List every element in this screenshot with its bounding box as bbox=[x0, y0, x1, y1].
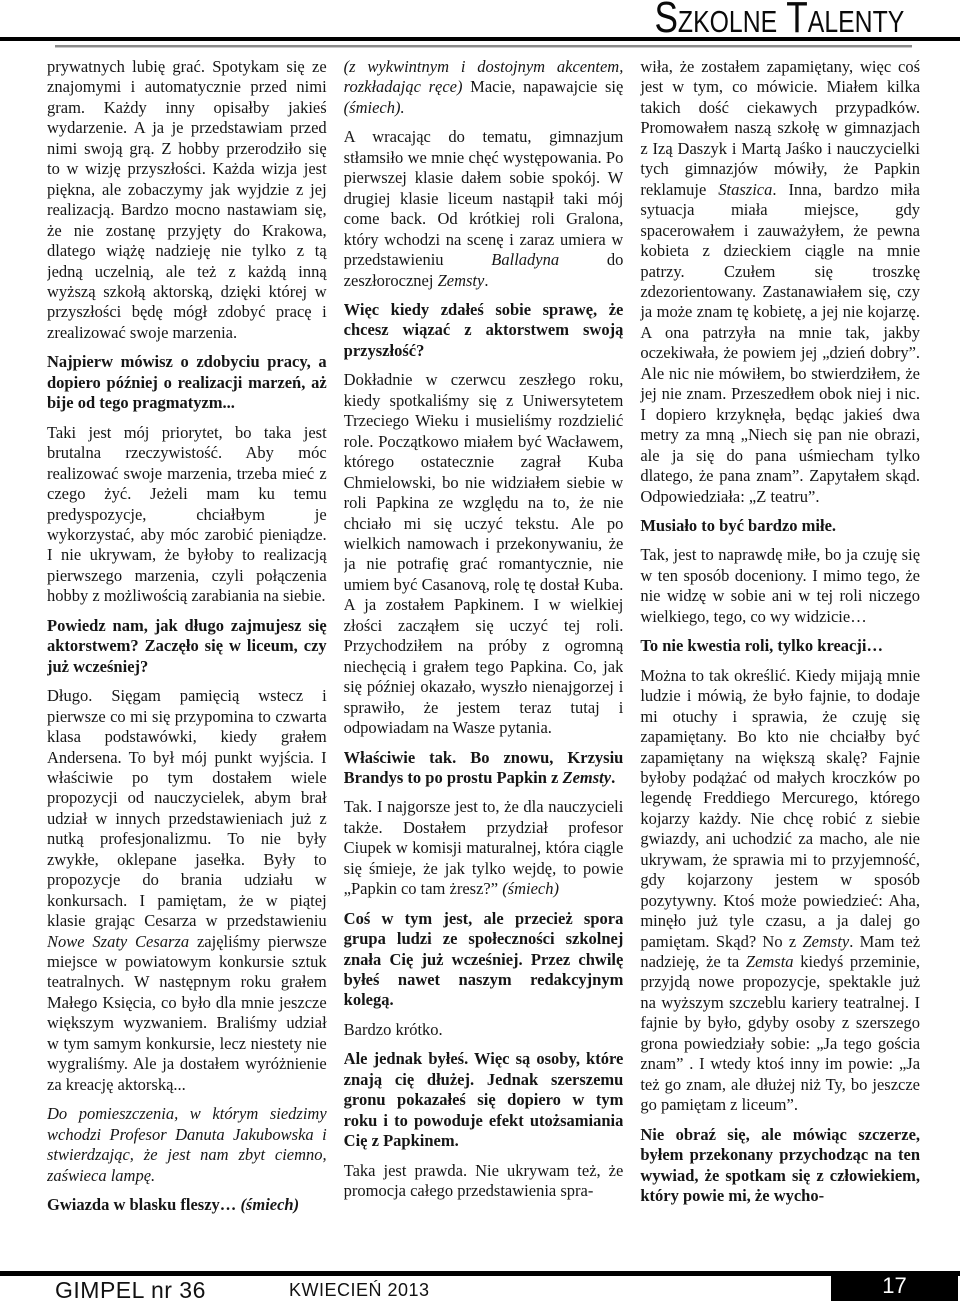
paragraph: Gwiazda w blasku fleszy… (śmiech) bbox=[47, 1195, 327, 1215]
paragraph: Najpierw mówisz o zdobyciu pracy, a dopi… bbox=[47, 352, 327, 413]
paragraph: prywatnych lubię grać. Spotykam się ze z… bbox=[47, 57, 327, 343]
paragraph: Taki jest mój priorytet, bo taka jest br… bbox=[47, 423, 327, 607]
paragraph: Bardzo krótko. bbox=[344, 1020, 624, 1040]
footer-rule bbox=[0, 1271, 960, 1276]
paragraph: Tak, jest to naprawdę miłe, bo ja czuję … bbox=[640, 545, 920, 627]
paragraph: Taka jest prawda. Nie ukrywam też, że pr… bbox=[344, 1161, 624, 1202]
article-column-3: wiła, że zostałem zapamiętany, więc coś … bbox=[640, 57, 920, 1270]
paragraph: Powiedz nam, jak długo zajmujesz się akt… bbox=[47, 616, 327, 677]
footer-magazine-title: GIMPEL nr 36 bbox=[55, 1277, 206, 1301]
paragraph: Tak. I najgorsze jest to, że dla nauczyc… bbox=[344, 797, 624, 899]
page-number: 17 bbox=[831, 1271, 958, 1301]
paragraph: Musiało to być bardzo miłe. bbox=[640, 516, 920, 536]
paragraph: Coś w tym jest, ale przecież spora grupa… bbox=[344, 909, 624, 1011]
page-title: Szkolne Talenty bbox=[654, 0, 904, 40]
paragraph: To nie kwestia roli, tylko kreacji… bbox=[640, 636, 920, 656]
article-column-1: prywatnych lubię grać. Spotykam się ze z… bbox=[47, 57, 327, 1270]
article-column-2: (z wykwintnym i dostojnym akcentem, rozk… bbox=[344, 57, 624, 1270]
header-rule-gray bbox=[55, 45, 912, 48]
article-body: prywatnych lubię grać. Spotykam się ze z… bbox=[47, 57, 920, 1270]
paragraph: wiła, że zostałem zapamiętany, więc coś … bbox=[640, 57, 920, 507]
header-rule-black bbox=[0, 37, 960, 41]
paragraph: Ale jednak byłeś. Więc są osoby, które z… bbox=[344, 1049, 624, 1151]
paragraph: (z wykwintnym i dostojnym akcentem, rozk… bbox=[344, 57, 624, 118]
paragraph: Można to tak określić. Kiedy mijają mnie… bbox=[640, 666, 920, 1116]
paragraph: Nie obraź się, ale mówiąc szczerze, byłe… bbox=[640, 1125, 920, 1207]
paragraph: Właściwie tak. Bo znowu, Krzysiu Brandys… bbox=[344, 748, 624, 789]
paragraph: Do pomieszczenia, w którym siedzimy wcho… bbox=[47, 1104, 327, 1186]
footer-issue-date: KWIECIEŃ 2013 bbox=[289, 1280, 430, 1301]
paragraph: Więc kiedy zdałeś sobie sprawę, że chces… bbox=[344, 300, 624, 361]
paragraph: A wracając do tematu, gimnazjum stłamsił… bbox=[344, 127, 624, 291]
paragraph: Długo. Sięgam pamięcią wstecz i pierwsze… bbox=[47, 686, 327, 1095]
paragraph: Dokładnie w czerwcu zeszłego roku, kiedy… bbox=[344, 370, 624, 738]
